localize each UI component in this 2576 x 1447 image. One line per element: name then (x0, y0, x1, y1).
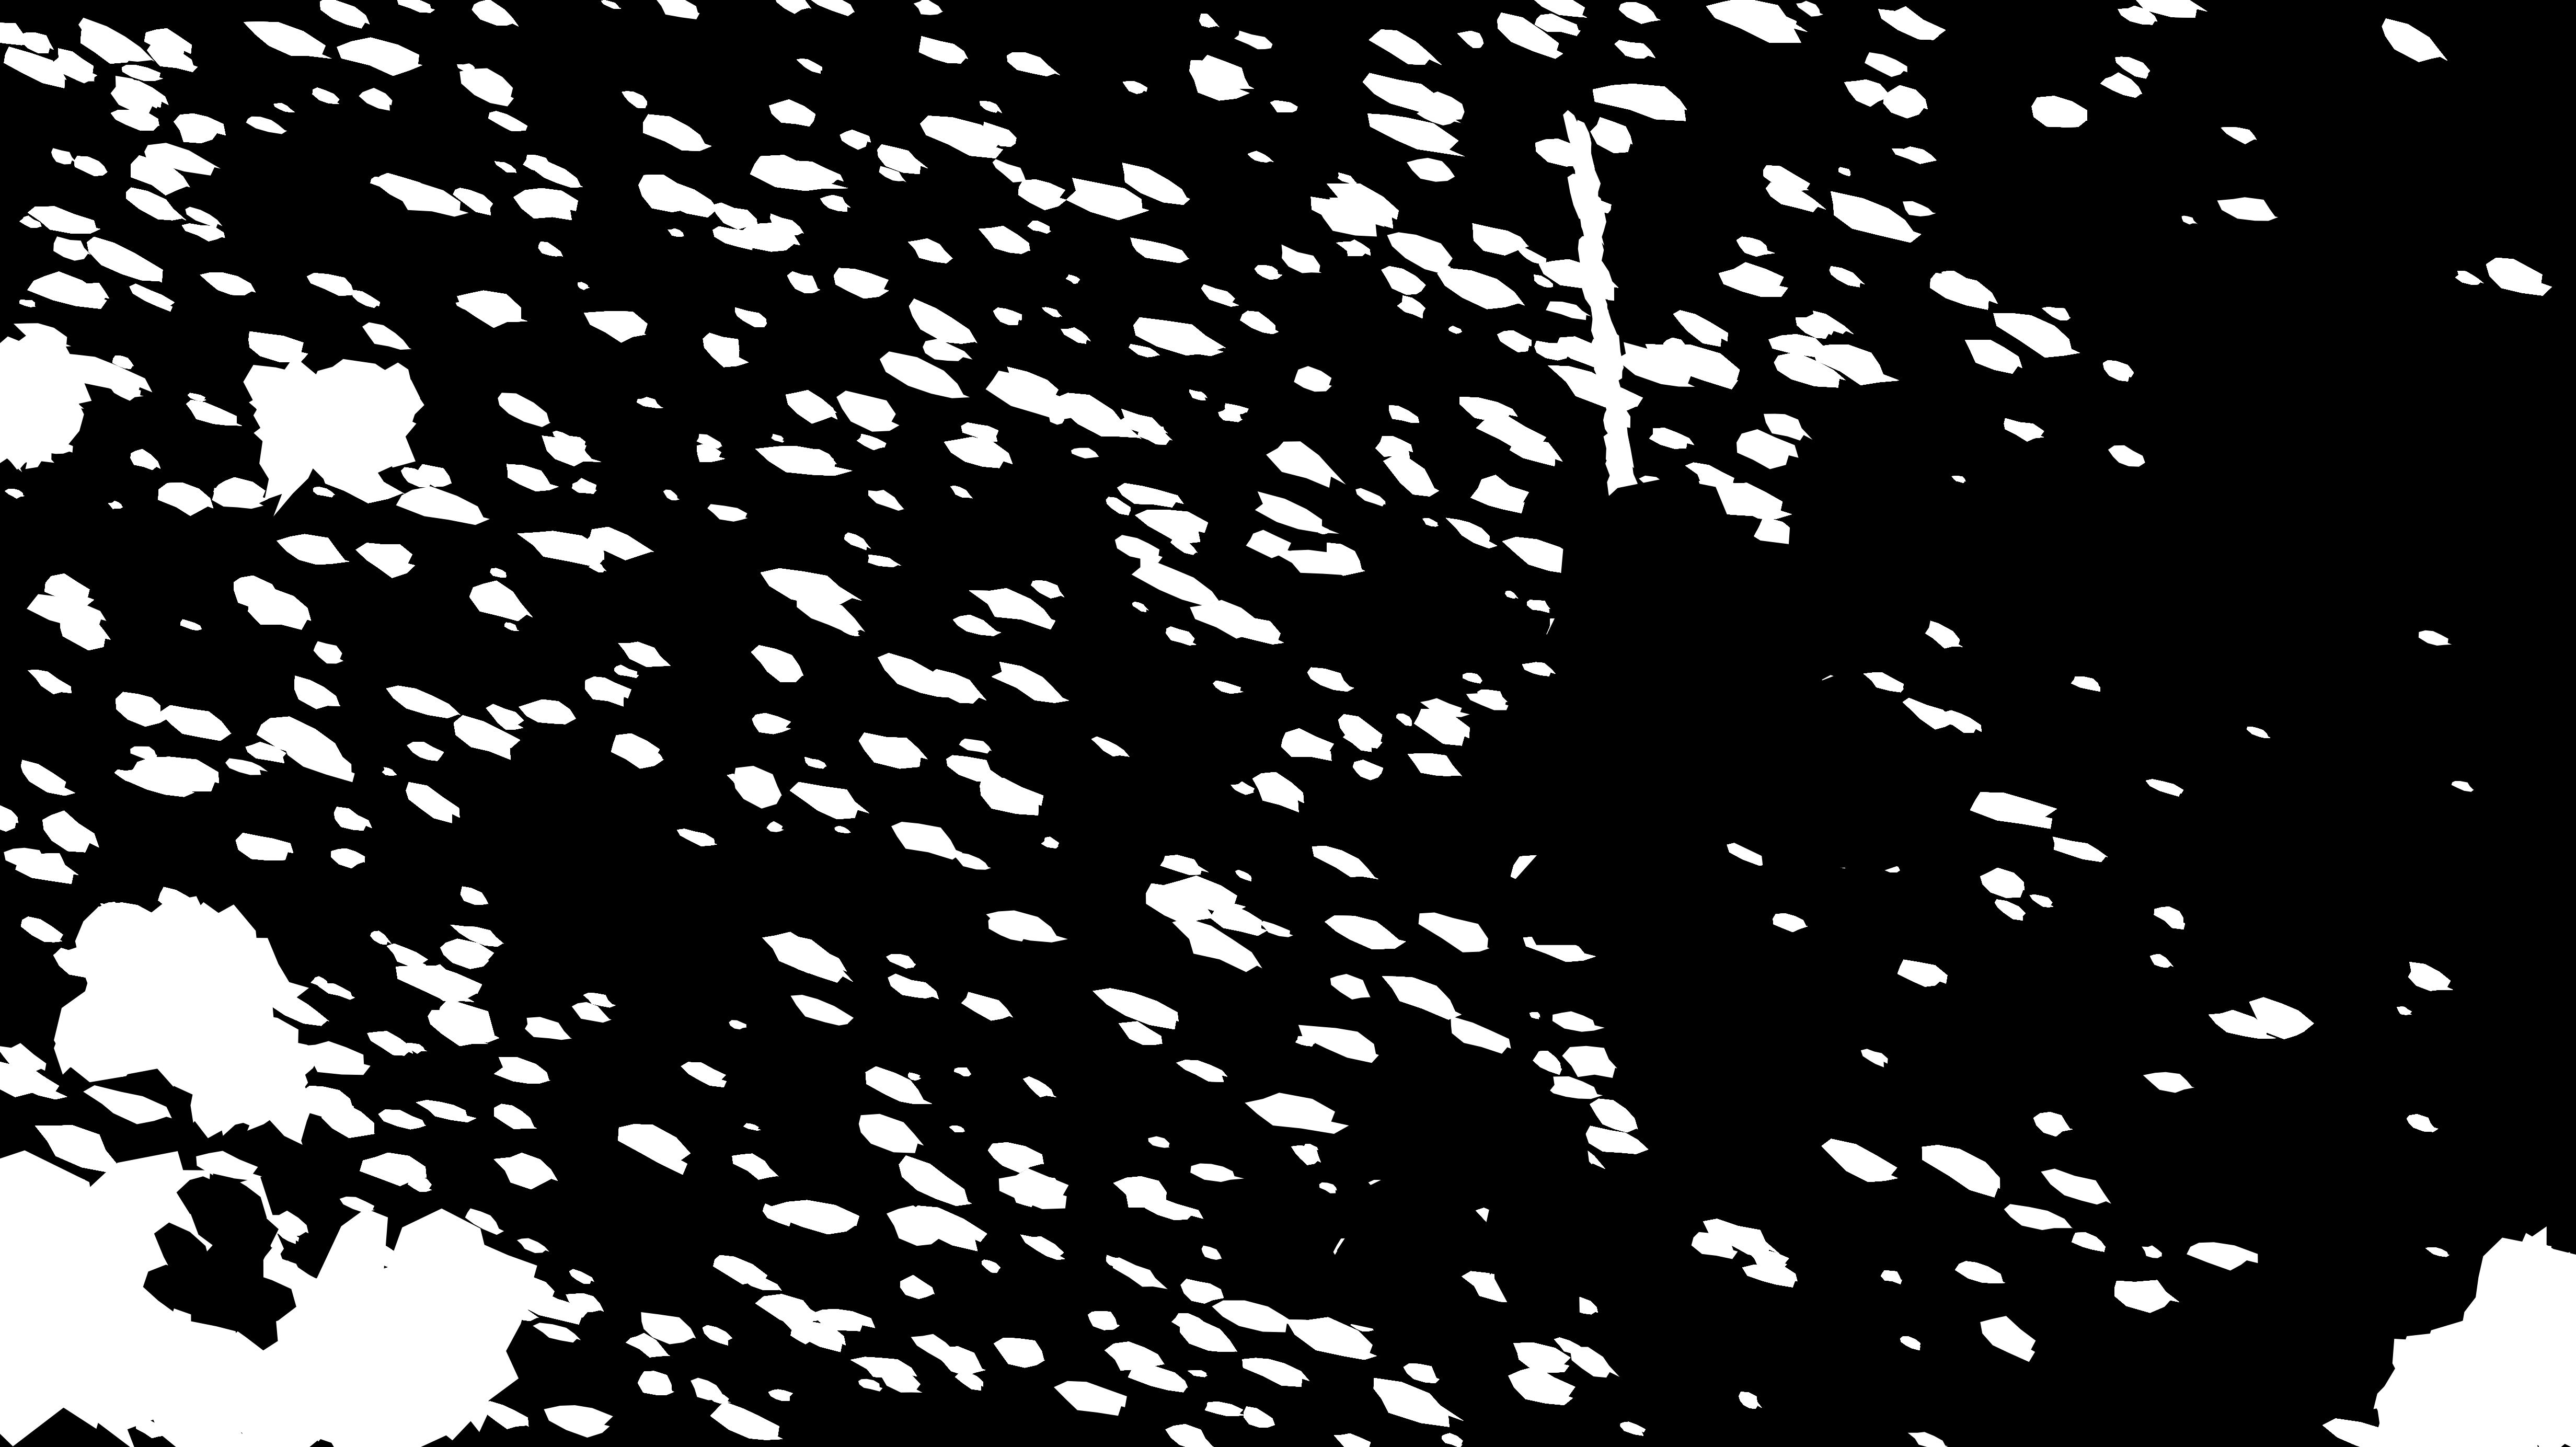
binary-mask-image (0, 0, 2576, 1447)
